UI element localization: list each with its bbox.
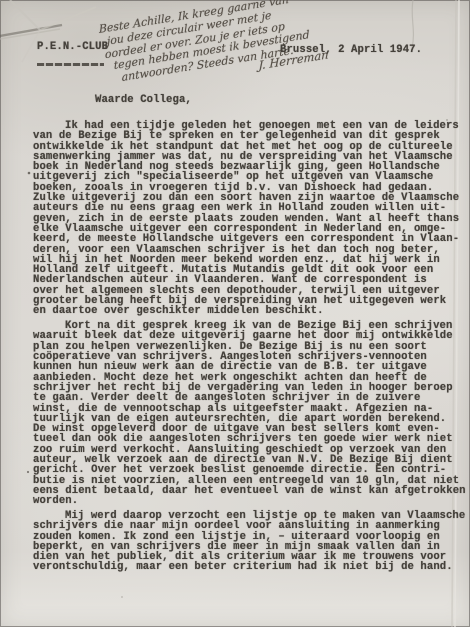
scanned-letter-page: P.E.N.-CLUB Beste Achille, Ik kreeg gaar… xyxy=(0,0,470,627)
body-paragraph-3: Mij werd daarop verzocht een lijstje op … xyxy=(33,511,466,573)
letter-body: Ik had een tijdje geleden het genoegen m… xyxy=(33,121,466,573)
body-paragraph-1: Ik had een tijdje geleden het genoegen m… xyxy=(33,121,466,317)
handwritten-line: Beste Achille, Ik kreeg gaarne van xyxy=(99,0,366,37)
body-paragraph-2: Kort na dit gesprek kreeg ik van de Bezi… xyxy=(33,321,466,506)
handwritten-line: jou deze circulair weer met je xyxy=(107,0,368,48)
letterhead-title: P.E.N.-CLUB xyxy=(37,42,108,52)
salutation: Waarde Collega, xyxy=(95,95,192,105)
handwritten-line: antwoorden? Steeds van harte. xyxy=(121,32,374,85)
letterhead-underline-rule xyxy=(37,63,104,66)
dateline: Brussel, 2 April 1947. xyxy=(280,45,422,55)
